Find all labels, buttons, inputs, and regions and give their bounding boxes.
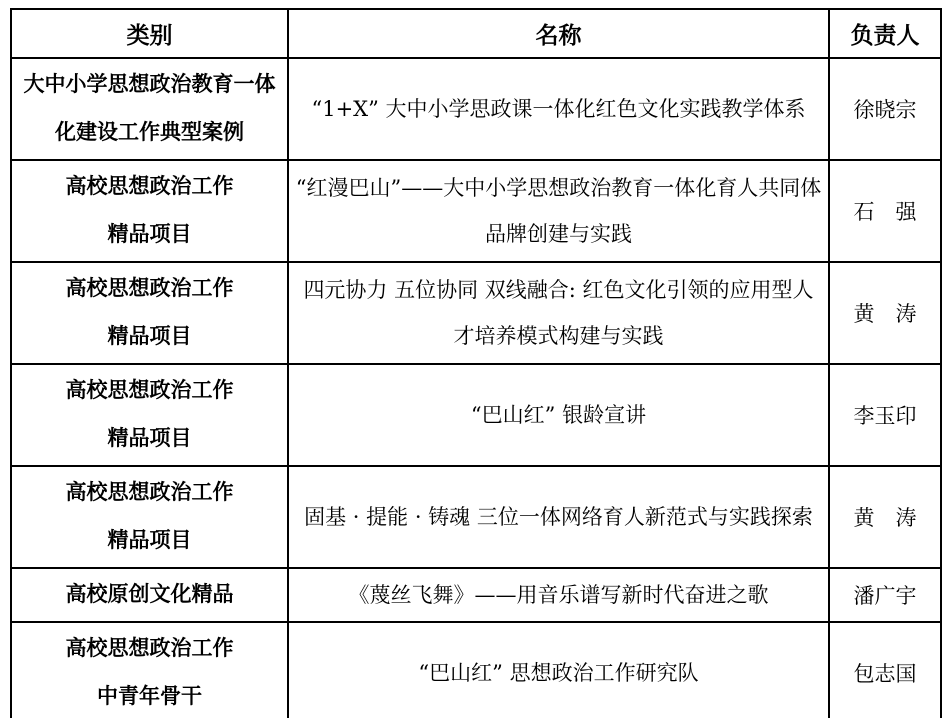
table-row: 高校原创文化精品 《蔑丝飞舞》——用音乐谱写新时代奋进之歌 潘广宇 — [11, 568, 941, 622]
name-cell: 固基 · 提能 · 铸魂 三位一体网络育人新范式与实践探索 — [288, 466, 829, 568]
table-row: 高校思想政治工作 精品项目 固基 · 提能 · 铸魂 三位一体网络育人新范式与实… — [11, 466, 941, 568]
category-line: 高校思想政治工作 — [18, 163, 281, 211]
person-cell: 黄 涛 — [829, 262, 941, 364]
table-row: 高校思想政治工作 精品项目 “巴山红” 银龄宣讲 李玉印 — [11, 364, 941, 466]
name-cell: “1+X” 大中小学思政课一体化红色文化实践教学体系 — [288, 58, 829, 160]
category-line: 化建设工作典型案例 — [18, 109, 281, 157]
category-cell: 高校原创文化精品 — [11, 568, 288, 622]
category-line: 精品项目 — [18, 517, 281, 565]
category-line: 高校思想政治工作 — [18, 265, 281, 313]
category-line: 高校思想政治工作 — [18, 625, 281, 673]
table-row: 高校思想政治工作 中青年骨干 “巴山红” 思想政治工作研究队 包志国 — [11, 622, 941, 718]
header-name: 名称 — [288, 9, 829, 58]
document-page: 类别 名称 负责人 大中小学思想政治教育一体 化建设工作典型案例 “1+X” 大… — [0, 0, 948, 718]
category-cell: 高校思想政治工作 精品项目 — [11, 262, 288, 364]
person-cell: 李玉印 — [829, 364, 941, 466]
name-cell: “红漫巴山”——大中小学思想政治教育一体化育人共同体品牌创建与实践 — [288, 160, 829, 262]
name-cell: 四元协力 五位协同 双线融合: 红色文化引领的应用型人才培养模式构建与实践 — [288, 262, 829, 364]
table-row: 高校思想政治工作 精品项目 “红漫巴山”——大中小学思想政治教育一体化育人共同体… — [11, 160, 941, 262]
name-cell: 《蔑丝飞舞》——用音乐谱写新时代奋进之歌 — [288, 568, 829, 622]
category-line: 高校思想政治工作 — [18, 367, 281, 415]
category-cell: 大中小学思想政治教育一体 化建设工作典型案例 — [11, 58, 288, 160]
category-cell: 高校思想政治工作 中青年骨干 — [11, 622, 288, 718]
category-line: 精品项目 — [18, 313, 281, 361]
category-line: 高校原创文化精品 — [18, 571, 281, 619]
person-cell: 包志国 — [829, 622, 941, 718]
category-cell: 高校思想政治工作 精品项目 — [11, 364, 288, 466]
person-cell: 潘广宇 — [829, 568, 941, 622]
category-line: 高校思想政治工作 — [18, 469, 281, 517]
name-cell: “巴山红” 思想政治工作研究队 — [288, 622, 829, 718]
person-cell: 黄 涛 — [829, 466, 941, 568]
awards-table: 类别 名称 负责人 大中小学思想政治教育一体 化建设工作典型案例 “1+X” 大… — [10, 8, 942, 718]
name-cell: “巴山红” 银龄宣讲 — [288, 364, 829, 466]
table-row: 大中小学思想政治教育一体 化建设工作典型案例 “1+X” 大中小学思政课一体化红… — [11, 58, 941, 160]
category-line: 大中小学思想政治教育一体 — [18, 61, 281, 109]
person-cell: 石 强 — [829, 160, 941, 262]
category-cell: 高校思想政治工作 精品项目 — [11, 466, 288, 568]
category-line: 中青年骨干 — [18, 673, 281, 718]
category-line: 精品项目 — [18, 211, 281, 259]
category-cell: 高校思想政治工作 精品项目 — [11, 160, 288, 262]
category-line: 精品项目 — [18, 415, 281, 463]
header-row: 类别 名称 负责人 — [11, 9, 941, 58]
person-cell: 徐晓宗 — [829, 58, 941, 160]
header-person: 负责人 — [829, 9, 941, 58]
table-row: 高校思想政治工作 精品项目 四元协力 五位协同 双线融合: 红色文化引领的应用型… — [11, 262, 941, 364]
header-category: 类别 — [11, 9, 288, 58]
